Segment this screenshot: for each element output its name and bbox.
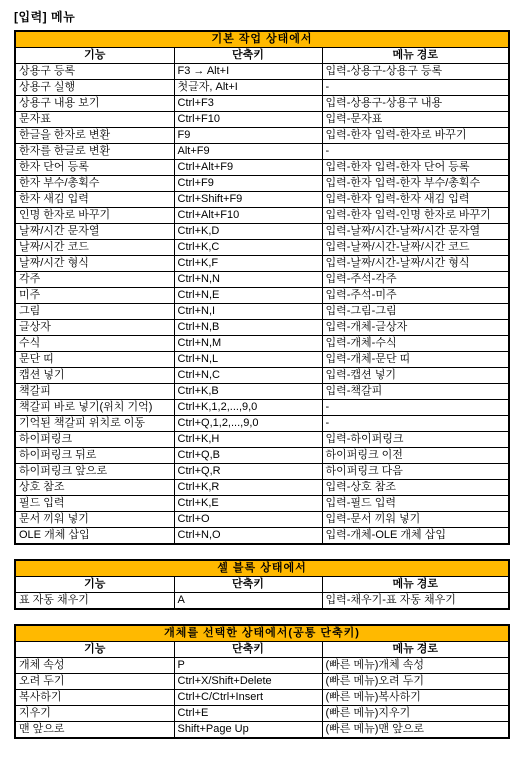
function-cell: 하이퍼링크 뒤로 xyxy=(15,448,174,464)
column-header-row: 기능단축키메뉴 경로 xyxy=(15,577,509,593)
table-row: 날짜/시간 형식Ctrl+K,F입력-날짜/시간-날짜/시간 형식 xyxy=(15,256,509,272)
shortcut-cell: Ctrl+N,N xyxy=(174,272,322,288)
function-cell: 상용구 실행 xyxy=(15,80,174,96)
shortcut-cell: Alt+F9 xyxy=(174,144,322,160)
column-header-row: 기능단축키메뉴 경로 xyxy=(15,642,509,658)
function-cell: 하이퍼링크 xyxy=(15,432,174,448)
function-cell: 캡션 넣기 xyxy=(15,368,174,384)
table-row: 각주Ctrl+N,N입력-주석-각주 xyxy=(15,272,509,288)
shortcut-cell: 첫글자, Alt+I xyxy=(174,80,322,96)
section-band-row: 셀 블록 상태에서 xyxy=(15,560,509,577)
shortcut-cell: Ctrl+K,B xyxy=(174,384,322,400)
shortcut-cell: Ctrl+Q,1,2,...,9,0 xyxy=(174,416,322,432)
shortcut-cell: Ctrl+F3 xyxy=(174,96,322,112)
column-header: 기능 xyxy=(15,577,174,593)
menu-path-cell: 입력-상호 참조 xyxy=(322,480,509,496)
column-header: 단축키 xyxy=(174,642,322,658)
shortcut-cell: Ctrl+Alt+F9 xyxy=(174,160,322,176)
table-row: 날짜/시간 문자열Ctrl+K,D입력-날짜/시간-날짜/시간 문자열 xyxy=(15,224,509,240)
table-row: 그림Ctrl+N,I입력-그림-그림 xyxy=(15,304,509,320)
shortcut-cell: Ctrl+K,E xyxy=(174,496,322,512)
shortcut-cell: Ctrl+Q,B xyxy=(174,448,322,464)
function-cell: 오려 두기 xyxy=(15,674,174,690)
shortcut-cell: Ctrl+K,H xyxy=(174,432,322,448)
column-header: 단축키 xyxy=(174,48,322,64)
table-row: 인명 한자로 바꾸기Ctrl+Alt+F10입력-한자 입력-인명 한자로 바꾸… xyxy=(15,208,509,224)
shortcut-cell: Ctrl+K,R xyxy=(174,480,322,496)
shortcut-table: 기본 작업 상태에서기능단축키메뉴 경로상용구 등록F3 → Alt+I입력-상… xyxy=(14,30,510,545)
function-cell: 문단 띠 xyxy=(15,352,174,368)
column-header-row: 기능단축키메뉴 경로 xyxy=(15,48,509,64)
table-row: 글상자Ctrl+N,B입력-개체-글상자 xyxy=(15,320,509,336)
table-row: 표 자동 채우기A입력-채우기-표 자동 채우기 xyxy=(15,593,509,610)
function-cell: 필드 입력 xyxy=(15,496,174,512)
function-cell: 한자 부수/총획수 xyxy=(15,176,174,192)
table-row: 상용구 실행첫글자, Alt+I- xyxy=(15,80,509,96)
column-header: 기능 xyxy=(15,642,174,658)
shortcut-cell: Shift+Page Up xyxy=(174,722,322,739)
shortcut-cell: Ctrl+N,B xyxy=(174,320,322,336)
function-cell: 상용구 내용 보기 xyxy=(15,96,174,112)
shortcut-cell: Ctrl+F10 xyxy=(174,112,322,128)
shortcut-cell: Ctrl+O xyxy=(174,512,322,528)
table-row: 맨 앞으로Shift+Page Up(빠른 메뉴)맨 앞으로 xyxy=(15,722,509,739)
column-header: 단축키 xyxy=(174,577,322,593)
menu-path-cell: 입력-채우기-표 자동 채우기 xyxy=(322,593,509,610)
shortcut-cell: Ctrl+X/Shift+Delete xyxy=(174,674,322,690)
menu-path-cell: 입력-개체-문단 띠 xyxy=(322,352,509,368)
menu-path-cell: 하이퍼링크 다음 xyxy=(322,464,509,480)
table-row: 책갈피Ctrl+K,B입력-책갈피 xyxy=(15,384,509,400)
menu-path-cell: 입력-한자 입력-한자 부수/총획수 xyxy=(322,176,509,192)
function-cell: 하이퍼링크 앞으로 xyxy=(15,464,174,480)
table-row: 복사하기Ctrl+C/Ctrl+Insert(빠른 메뉴)복사하기 xyxy=(15,690,509,706)
table-row: 필드 입력Ctrl+K,E입력-필드 입력 xyxy=(15,496,509,512)
table-row: 기억된 책갈피 위치로 이동Ctrl+Q,1,2,...,9,0- xyxy=(15,416,509,432)
shortcut-cell: F3 → Alt+I xyxy=(174,64,322,80)
menu-path-cell: 입력-문자표 xyxy=(322,112,509,128)
menu-path-cell: 입력-개체-OLE 개체 삽입 xyxy=(322,528,509,545)
shortcut-cell: Ctrl+C/Ctrl+Insert xyxy=(174,690,322,706)
shortcut-cell: Ctrl+N,C xyxy=(174,368,322,384)
table-row: 캡션 넣기Ctrl+N,C입력-캡션 넣기 xyxy=(15,368,509,384)
menu-path-cell: 입력-날짜/시간-날짜/시간 코드 xyxy=(322,240,509,256)
column-header: 메뉴 경로 xyxy=(322,577,509,593)
table-row: 한자 단어 등록Ctrl+Alt+F9입력-한자 입력-한자 단어 등록 xyxy=(15,160,509,176)
menu-path-cell: 입력-날짜/시간-날짜/시간 형식 xyxy=(322,256,509,272)
function-cell: 한글을 한자로 변환 xyxy=(15,128,174,144)
function-cell: 인명 한자로 바꾸기 xyxy=(15,208,174,224)
table-row: 오려 두기Ctrl+X/Shift+Delete(빠른 메뉴)오려 두기 xyxy=(15,674,509,690)
function-cell: 상용구 등록 xyxy=(15,64,174,80)
shortcut-table: 개체를 선택한 상태에서(공통 단축키)기능단축키메뉴 경로개체 속성P(빠른 … xyxy=(14,624,510,739)
table-row: 한글을 한자로 변환F9입력-한자 입력-한자로 바꾸기 xyxy=(15,128,509,144)
document-page: [입력] 메뉴 기본 작업 상태에서기능단축키메뉴 경로상용구 등록F3 → A… xyxy=(0,0,521,739)
menu-path-cell: 입력-한자 입력-한자 단어 등록 xyxy=(322,160,509,176)
table-row: 상용구 등록F3 → Alt+I입력-상용구-상용구 등록 xyxy=(15,64,509,80)
shortcut-cell: Ctrl+K,F xyxy=(174,256,322,272)
menu-path-cell: 입력-문서 끼워 넣기 xyxy=(322,512,509,528)
table-row: 지우기Ctrl+E(빠른 메뉴)지우기 xyxy=(15,706,509,722)
column-header: 메뉴 경로 xyxy=(322,642,509,658)
shortcut-cell: Ctrl+Q,R xyxy=(174,464,322,480)
function-cell: 복사하기 xyxy=(15,690,174,706)
table-row: 한자 새김 입력Ctrl+Shift+F9입력-한자 입력-한자 새김 입력 xyxy=(15,192,509,208)
table-row: 날짜/시간 코드Ctrl+K,C입력-날짜/시간-날짜/시간 코드 xyxy=(15,240,509,256)
menu-path-cell: - xyxy=(322,80,509,96)
table-row: 상호 참조Ctrl+K,R입력-상호 참조 xyxy=(15,480,509,496)
function-cell: 날짜/시간 형식 xyxy=(15,256,174,272)
menu-path-cell: 입력-개체-글상자 xyxy=(322,320,509,336)
menu-path-cell: 입력-한자 입력-한자로 바꾸기 xyxy=(322,128,509,144)
table-row: 하이퍼링크Ctrl+K,H입력-하이퍼링크 xyxy=(15,432,509,448)
menu-path-cell: 하이퍼링크 이전 xyxy=(322,448,509,464)
shortcut-cell: P xyxy=(174,658,322,674)
function-cell: 맨 앞으로 xyxy=(15,722,174,739)
function-cell: OLE 개체 삽입 xyxy=(15,528,174,545)
menu-path-cell: 입력-한자 입력-인명 한자로 바꾸기 xyxy=(322,208,509,224)
menu-path-cell: - xyxy=(322,416,509,432)
table-row: 한자를 한글로 변환Alt+F9- xyxy=(15,144,509,160)
menu-path-cell: 입력-주석-각주 xyxy=(322,272,509,288)
column-header: 메뉴 경로 xyxy=(322,48,509,64)
table-row: 책갈피 바로 넣기(위치 기억)Ctrl+K,1,2,...,9,0- xyxy=(15,400,509,416)
shortcut-cell: Ctrl+E xyxy=(174,706,322,722)
shortcut-cell: Ctrl+Alt+F10 xyxy=(174,208,322,224)
section-band-row: 기본 작업 상태에서 xyxy=(15,31,509,48)
shortcut-cell: Ctrl+N,M xyxy=(174,336,322,352)
shortcut-cell: Ctrl+K,1,2,...,9,0 xyxy=(174,400,322,416)
function-cell: 지우기 xyxy=(15,706,174,722)
page-title: [입력] 메뉴 xyxy=(14,8,508,25)
shortcut-cell: Ctrl+K,C xyxy=(174,240,322,256)
function-cell: 한자를 한글로 변환 xyxy=(15,144,174,160)
shortcut-cell: Ctrl+N,I xyxy=(174,304,322,320)
function-cell: 그림 xyxy=(15,304,174,320)
shortcut-cell: Ctrl+N,L xyxy=(174,352,322,368)
table-row: 수식Ctrl+N,M입력-개체-수식 xyxy=(15,336,509,352)
shortcut-cell: Ctrl+N,O xyxy=(174,528,322,545)
function-cell: 기억된 책갈피 위치로 이동 xyxy=(15,416,174,432)
menu-path-cell: 입력-날짜/시간-날짜/시간 문자열 xyxy=(322,224,509,240)
function-cell: 책갈피 바로 넣기(위치 기억) xyxy=(15,400,174,416)
function-cell: 각주 xyxy=(15,272,174,288)
section-title: 기본 작업 상태에서 xyxy=(15,31,509,48)
table-row: 하이퍼링크 앞으로Ctrl+Q,R하이퍼링크 다음 xyxy=(15,464,509,480)
menu-path-cell: 입력-필드 입력 xyxy=(322,496,509,512)
shortcut-cell: Ctrl+N,E xyxy=(174,288,322,304)
menu-path-cell: 입력-주석-미주 xyxy=(322,288,509,304)
menu-path-cell: - xyxy=(322,400,509,416)
shortcut-cell: F9 xyxy=(174,128,322,144)
shortcut-cell: Ctrl+F9 xyxy=(174,176,322,192)
table-row: 개체 속성P(빠른 메뉴)개체 속성 xyxy=(15,658,509,674)
shortcut-table: 셀 블록 상태에서기능단축키메뉴 경로표 자동 채우기A입력-채우기-표 자동 … xyxy=(14,559,510,610)
menu-path-cell: 입력-한자 입력-한자 새김 입력 xyxy=(322,192,509,208)
table-row: OLE 개체 삽입Ctrl+N,O입력-개체-OLE 개체 삽입 xyxy=(15,528,509,545)
table-row: 한자 부수/총획수Ctrl+F9입력-한자 입력-한자 부수/총획수 xyxy=(15,176,509,192)
table-row: 문자표Ctrl+F10입력-문자표 xyxy=(15,112,509,128)
section-title: 셀 블록 상태에서 xyxy=(15,560,509,577)
tables-container: 기본 작업 상태에서기능단축키메뉴 경로상용구 등록F3 → Alt+I입력-상… xyxy=(14,30,508,739)
menu-path-cell: (빠른 메뉴)맨 앞으로 xyxy=(322,722,509,739)
menu-path-cell: 입력-하이퍼링크 xyxy=(322,432,509,448)
menu-path-cell: 입력-개체-수식 xyxy=(322,336,509,352)
function-cell: 문서 끼워 넣기 xyxy=(15,512,174,528)
shortcut-cell: A xyxy=(174,593,322,610)
function-cell: 표 자동 채우기 xyxy=(15,593,174,610)
menu-path-cell: 입력-상용구-상용구 등록 xyxy=(322,64,509,80)
menu-path-cell: (빠른 메뉴)지우기 xyxy=(322,706,509,722)
menu-path-cell: (빠른 메뉴)복사하기 xyxy=(322,690,509,706)
shortcut-cell: Ctrl+Shift+F9 xyxy=(174,192,322,208)
column-header: 기능 xyxy=(15,48,174,64)
function-cell: 글상자 xyxy=(15,320,174,336)
menu-path-cell: - xyxy=(322,144,509,160)
menu-path-cell: 입력-책갈피 xyxy=(322,384,509,400)
function-cell: 개체 속성 xyxy=(15,658,174,674)
menu-path-cell: 입력-그림-그림 xyxy=(322,304,509,320)
table-row: 문서 끼워 넣기Ctrl+O입력-문서 끼워 넣기 xyxy=(15,512,509,528)
table-row: 문단 띠Ctrl+N,L입력-개체-문단 띠 xyxy=(15,352,509,368)
menu-path-cell: 입력-상용구-상용구 내용 xyxy=(322,96,509,112)
table-row: 하이퍼링크 뒤로Ctrl+Q,B하이퍼링크 이전 xyxy=(15,448,509,464)
table-row: 미주Ctrl+N,E입력-주석-미주 xyxy=(15,288,509,304)
function-cell: 책갈피 xyxy=(15,384,174,400)
menu-path-cell: 입력-캡션 넣기 xyxy=(322,368,509,384)
function-cell: 한자 단어 등록 xyxy=(15,160,174,176)
shortcut-cell: Ctrl+K,D xyxy=(174,224,322,240)
function-cell: 날짜/시간 코드 xyxy=(15,240,174,256)
section-title: 개체를 선택한 상태에서(공통 단축키) xyxy=(15,625,509,642)
function-cell: 한자 새김 입력 xyxy=(15,192,174,208)
menu-path-cell: (빠른 메뉴)개체 속성 xyxy=(322,658,509,674)
function-cell: 날짜/시간 문자열 xyxy=(15,224,174,240)
menu-path-cell: (빠른 메뉴)오려 두기 xyxy=(322,674,509,690)
function-cell: 상호 참조 xyxy=(15,480,174,496)
function-cell: 미주 xyxy=(15,288,174,304)
table-row: 상용구 내용 보기Ctrl+F3입력-상용구-상용구 내용 xyxy=(15,96,509,112)
function-cell: 수식 xyxy=(15,336,174,352)
section-band-row: 개체를 선택한 상태에서(공통 단축키) xyxy=(15,625,509,642)
function-cell: 문자표 xyxy=(15,112,174,128)
